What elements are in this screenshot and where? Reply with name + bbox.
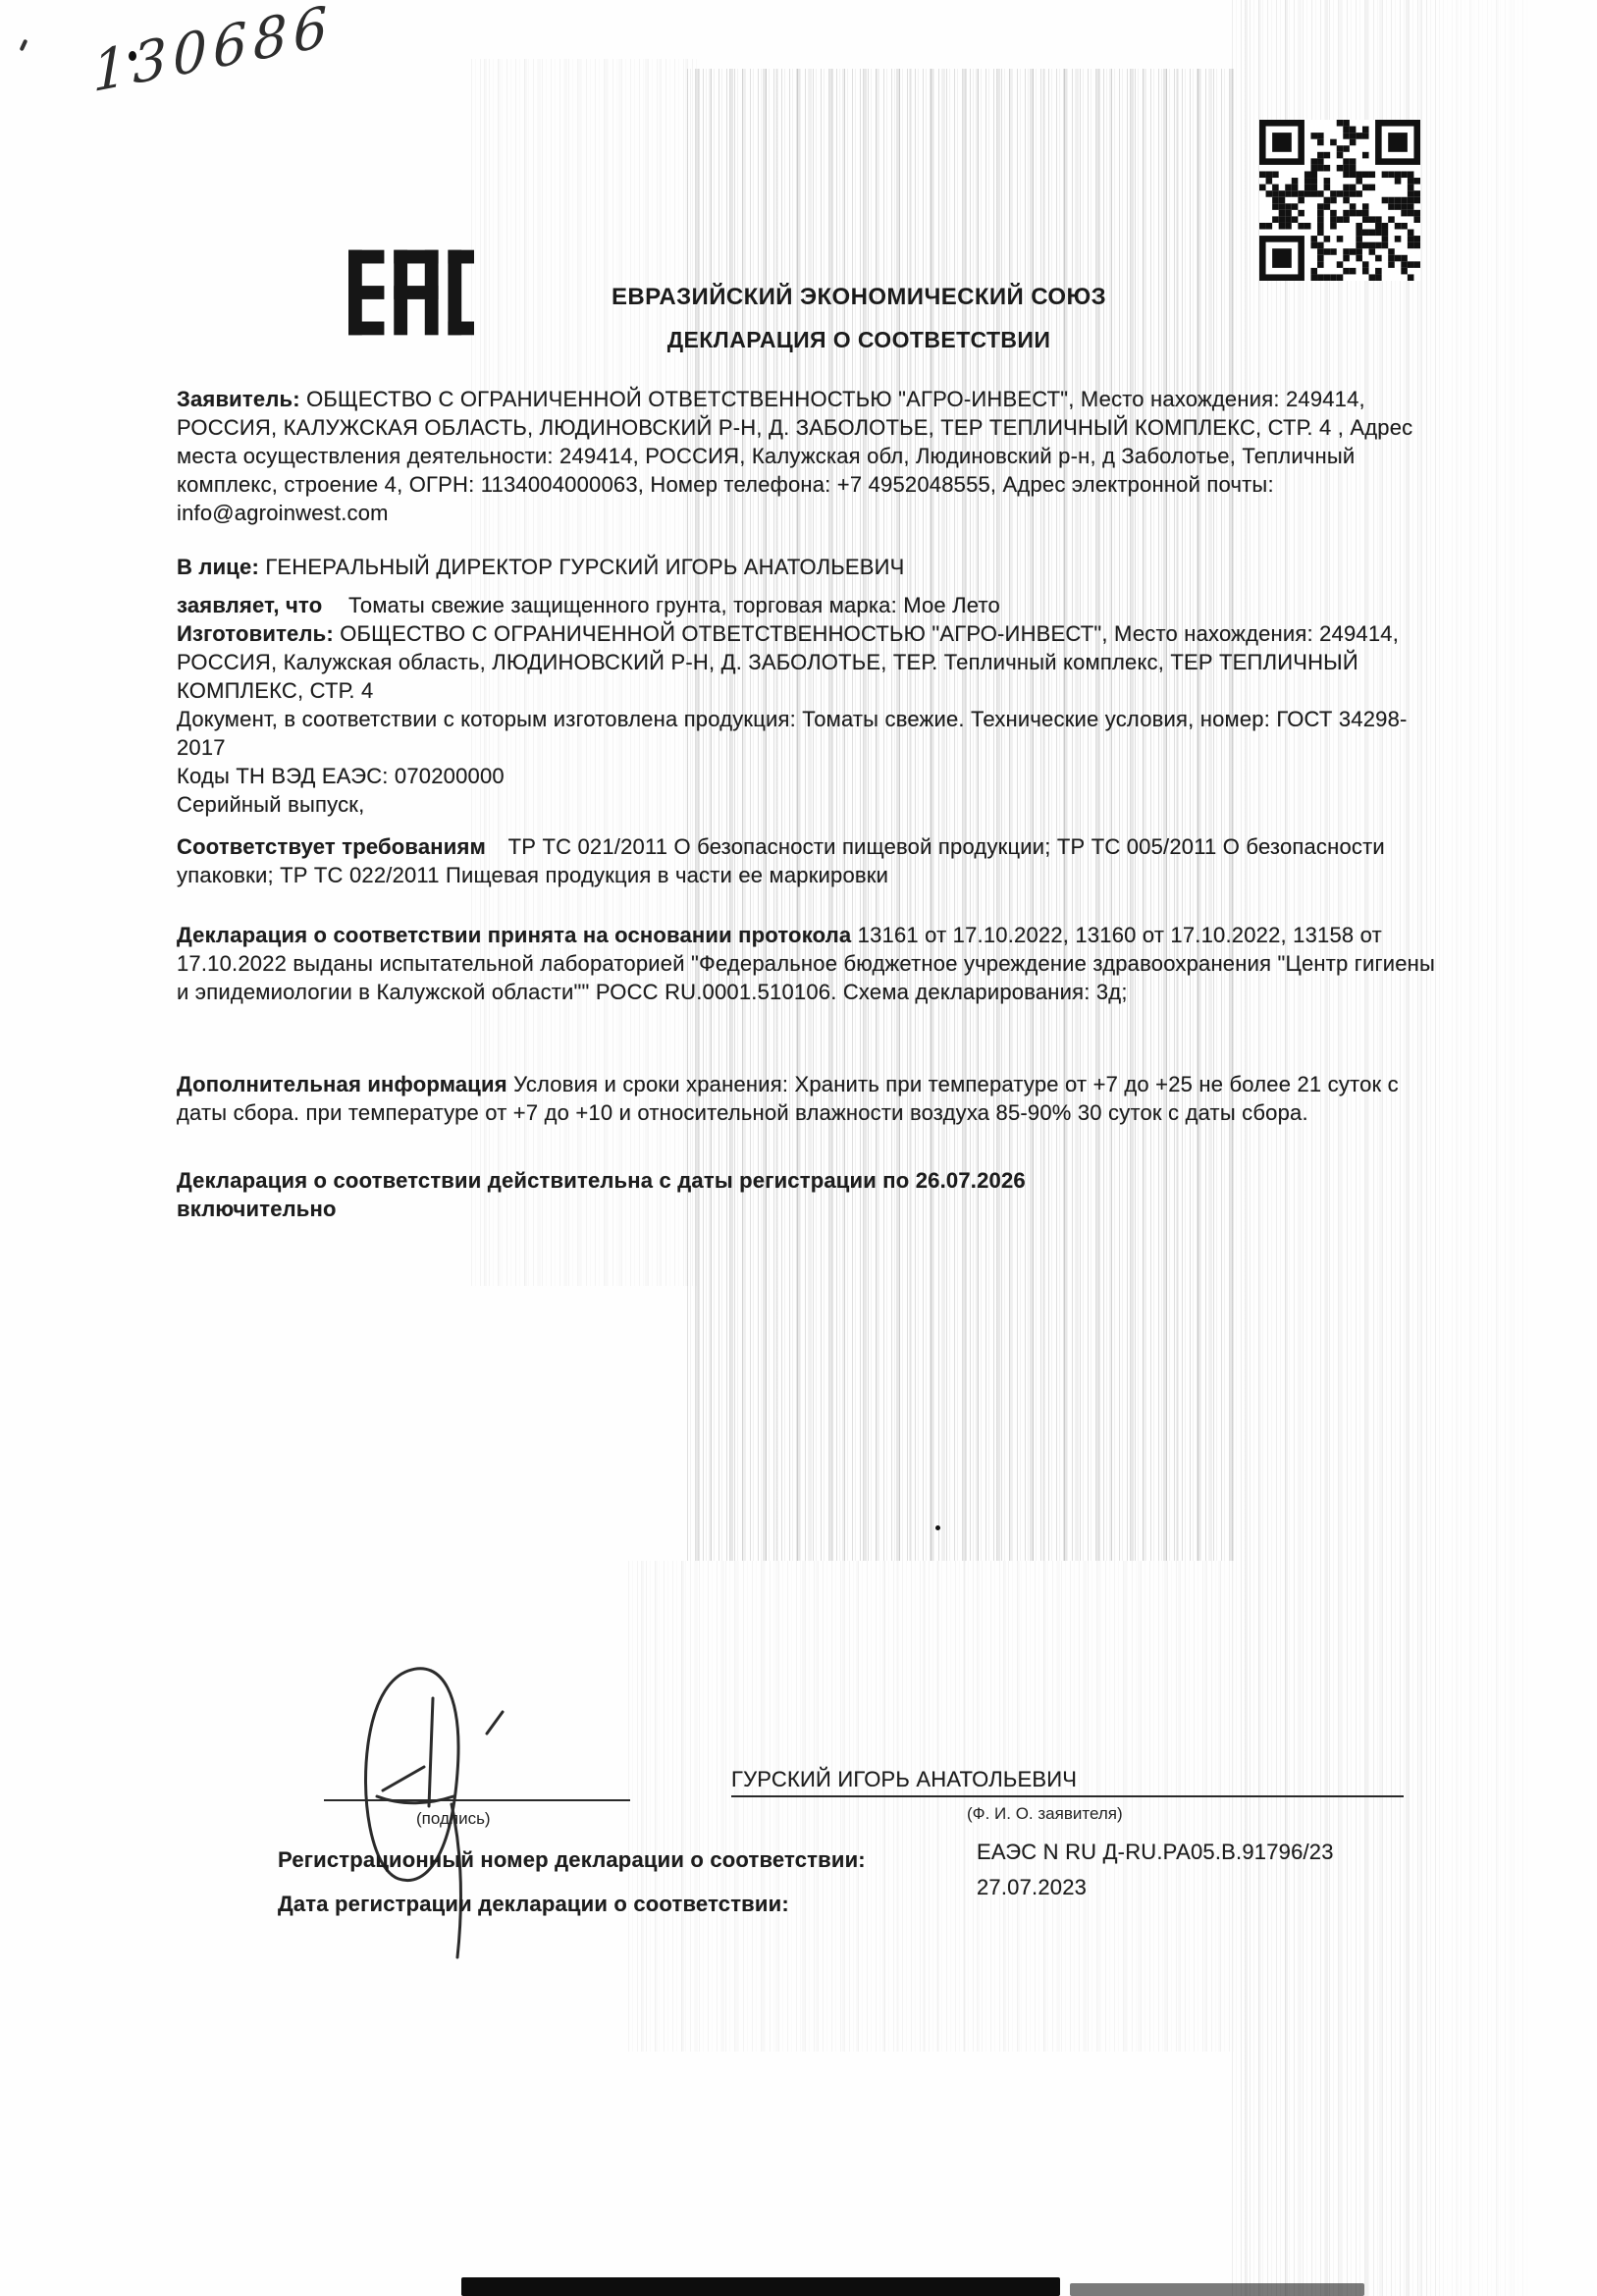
scan-streaks-margin [1443,0,1531,2296]
person-text: ГЕНЕРАЛЬНЫЙ ДИРЕКТОР ГУРСКИЙ ИГОРЬ АНАТО… [265,555,904,579]
fio-caption: (Ф. И. О. заявителя) [967,1804,1123,1824]
registration-date-label: Дата регистрации декларации о соответств… [278,1890,789,1918]
manufacturer-label: Изготовитель: [177,621,334,646]
basis-label: Декларация о соответствии принята на осн… [177,923,851,947]
scan-edge-band [461,2277,1060,2296]
declares-text: Томаты свежие защищенного грунта, торгов… [348,593,1000,617]
complies-label: Соответствует требованиям [177,834,486,859]
product-document-line: Документ, в соответствии с которым изгот… [177,705,1443,762]
registration-date-value: 27.07.2023 [977,1873,1087,1901]
scanned-declaration-page: 130686 ЕВРАЗИЙСКИЙ ЭК [0,0,1597,2296]
manufacturer-line: Изготовитель: ОБЩЕСТВО С ОГРАНИЧЕННОЙ ОТ… [177,619,1443,705]
declares-label: заявляет, что [177,593,322,617]
additional-label: Дополнительная информация [177,1072,507,1096]
scan-artifact-mark [20,39,28,52]
registration-number-value: ЕАЭС N RU Д-RU.РА05.В.91796/23 [977,1838,1334,1866]
signature-line [324,1773,630,1801]
handwritten-number: 130686 [92,0,334,105]
qr-code [1259,116,1420,285]
scan-streaks-lower [628,1561,1237,2052]
applicant-text: ОБЩЕСТВО С ОГРАНИЧЕННОЙ ОТВЕТСТВЕННОСТЬЮ… [177,387,1412,525]
scan-dot-artifact [935,1525,940,1530]
page-title: ДЕКЛАРАЦИЯ О СООТВЕТСТВИИ [471,327,1247,353]
manufacturer-text: ОБЩЕСТВО С ОГРАНИЧЕННОЙ ОТВЕТСТВЕННОСТЬЮ… [177,621,1399,703]
additional-paragraph: Дополнительная информация Условия и срок… [177,1070,1443,1127]
validity-paragraph: Декларация о соответствии действительна … [177,1166,1090,1223]
tnved-codes-line: Коды ТН ВЭД ЕАЭС: 070200000 [177,762,1443,790]
person-paragraph: В лице: ГЕНЕРАЛЬНЫЙ ДИРЕКТОР ГУРСКИЙ ИГО… [177,553,1443,581]
fio-name: ГУРСКИЙ ИГОРЬ АНАТОЛЬЕВИЧ [731,1765,1404,1797]
scan-streaks-right [1232,0,1443,2296]
basis-paragraph: Декларация о соответствии принята на осн… [177,921,1443,1006]
serial-line: Серийный выпуск, [177,790,1443,819]
signature-caption: (подпись) [416,1809,491,1829]
applicant-paragraph: Заявитель: ОБЩЕСТВО С ОГРАНИЧЕННОЙ ОТВЕТ… [177,385,1443,527]
registration-number-label: Регистрационный номер декларации о соотв… [278,1845,866,1874]
applicant-label: Заявитель: [177,387,300,411]
declares-line: заявляет, что Томаты свежие защищенного … [177,591,1443,619]
union-name: ЕВРАЗИЙСКИЙ ЭКОНОМИЧЕСКИЙ СОЮЗ [471,284,1247,311]
document-header: ЕВРАЗИЙСКИЙ ЭКОНОМИЧЕСКИЙ СОЮЗ ДЕКЛАРАЦИ… [471,284,1247,353]
product-block: заявляет, что Томаты свежие защищенного … [177,591,1443,819]
scan-edge-band-right [1070,2283,1364,2296]
complies-paragraph: Соответствует требованиям ТР ТС 021/2011… [177,832,1443,889]
eac-logo [348,249,474,336]
person-label: В лице: [177,555,259,579]
